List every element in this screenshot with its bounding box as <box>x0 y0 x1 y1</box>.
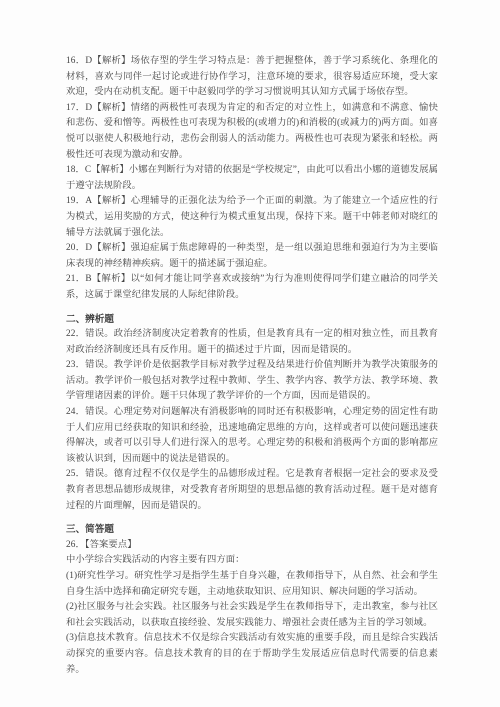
jianda-point-1: (1)研究性学习。研究性学习是指学生基于自身兴趣，在教师指导下，从自然、社会和学… <box>66 569 438 600</box>
answer-explanation-21: 21．B【解析】以“如何才能让同学喜欢或接纳”为行为准则使得同学们建立融洽的同学… <box>66 272 438 303</box>
answer-points-label-26: 26．【答案要点】 <box>66 538 438 554</box>
answer-key-document: 16．D【解析】场依存型的学生学习特点是：善于把握整体，善于学习系统化、条理化的… <box>66 54 438 678</box>
section-heading-bianxiti: 二、辨析题 <box>66 312 438 328</box>
jianda-point-3: (3)信息技术教育。信息技术不仅是综合实践活动有效实施的重要手段，而且是综合实践… <box>66 631 438 678</box>
bianxi-item-25: 25．错误。德育过程不仅仅是学生的品德形成过程。它是教育者根据一定社会的要求及受… <box>66 467 438 514</box>
bianxi-item-22: 22．错误。政治经济制度决定着教育的性质，但是教育具有一定的相对独立性，而且教育… <box>66 327 438 358</box>
answer-explanation-16: 16．D【解析】场依存型的学生学习特点是：善于把握整体，善于学习系统化、条理化的… <box>66 54 438 101</box>
document-page: 16．D【解析】场依存型的学生学习特点是：善于把握整体，善于学习系统化、条理化的… <box>0 0 500 707</box>
answer-explanation-17: 17．D【解析】情绪的两极性可表现为肯定的和否定的对立性上，如满意和不满意、愉快… <box>66 101 438 163</box>
answer-explanation-19: 19．A【解析】心理辅导的正强化法为给予一个正面的刺激。为了能建立一个适应性的行… <box>66 194 438 241</box>
bianxi-item-24: 24．错误。心理定势对问题解决有消极影响的同时还有积极影响，心理定势的固定性有助… <box>66 405 438 467</box>
bianxi-item-23: 23．错误。教学评价是依据教学目标对教学过程及结果进行价值判断并为教学决策服务的… <box>66 358 438 405</box>
jianda-intro: 中小学综合实践活动的内容主要有四方面： <box>66 553 438 569</box>
section-heading-jiandati: 三、简答题 <box>66 522 438 538</box>
answer-explanation-18: 18．C【解析】小娜在判断行为对错的依据是“学校规定”，由此可以看出小娜的道德发… <box>66 163 438 194</box>
answer-explanation-20: 20．D【解析】强迫症属于焦虑障碍的一种类型，是一组以强迫思维和强迫行为为主要临… <box>66 241 438 272</box>
jianda-point-2: (2)社区服务与社会实践。社区服务与社会实践是学生在教师指导下，走出教室，参与社… <box>66 600 438 631</box>
